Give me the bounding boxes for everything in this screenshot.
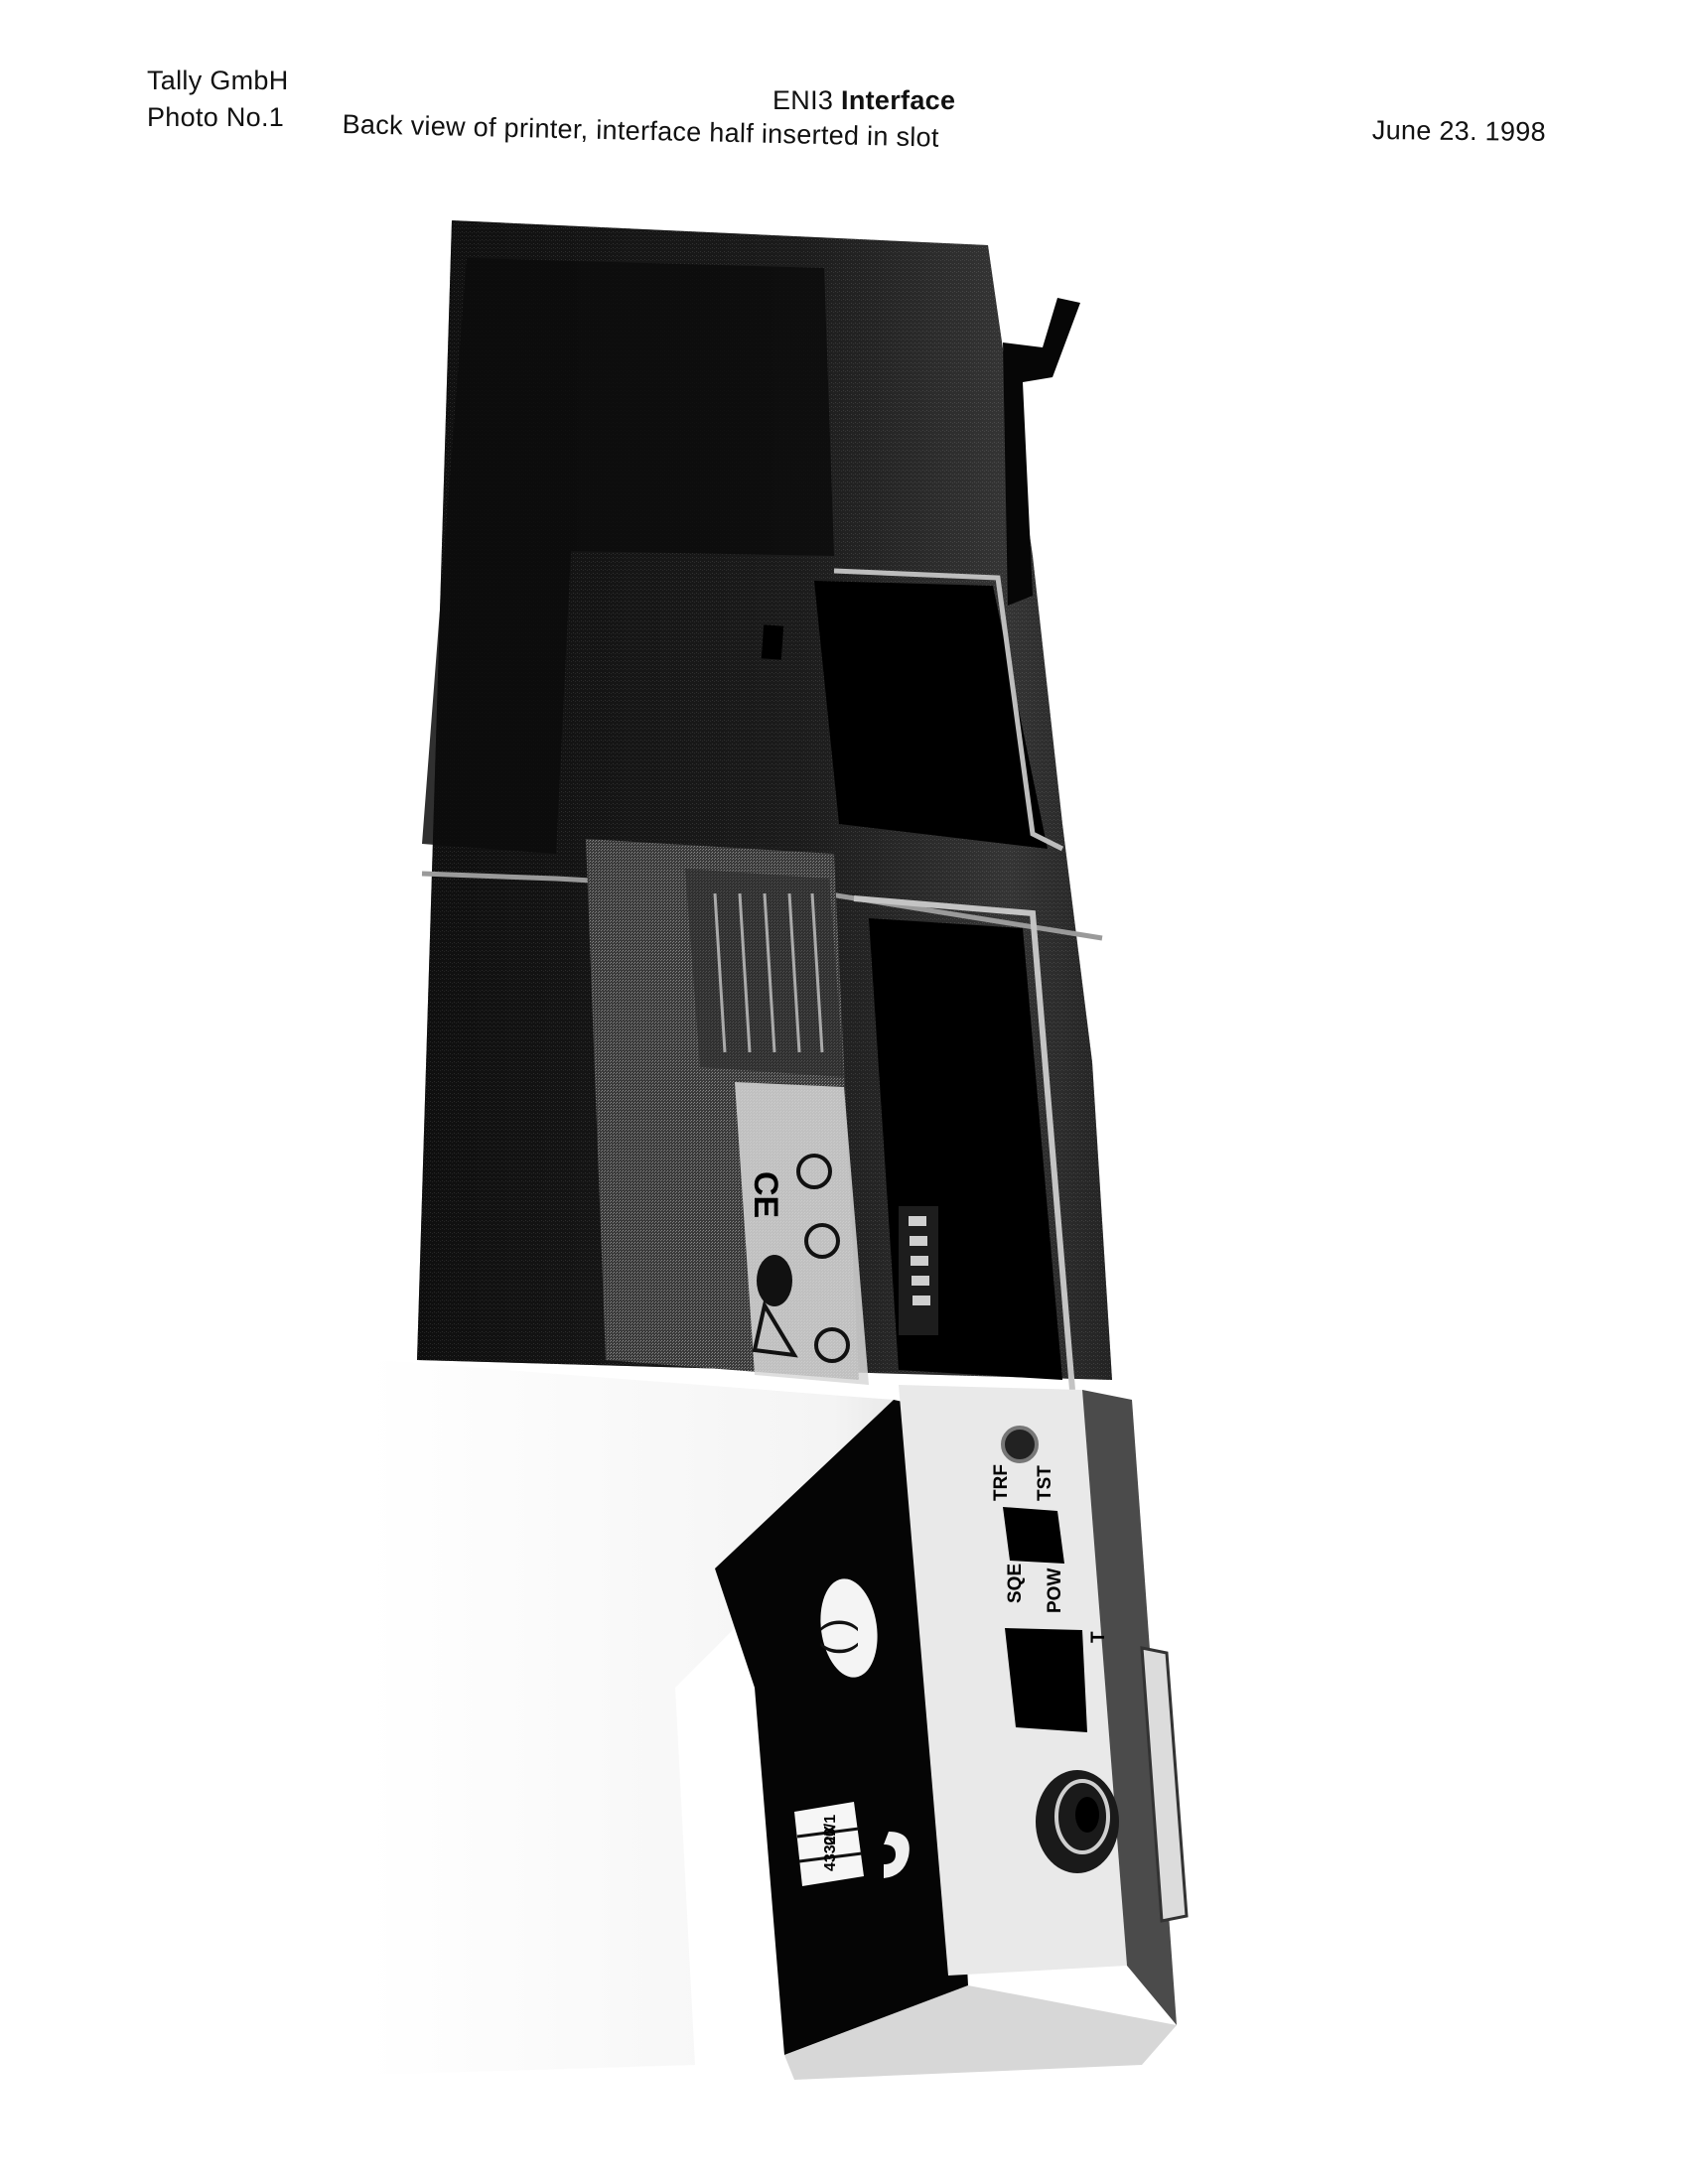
label-t: T — [1088, 1631, 1109, 1643]
led-window-lower — [1005, 1628, 1087, 1732]
regulatory-label: CE — [586, 839, 869, 1385]
trf-led-icon — [1003, 1428, 1037, 1461]
svg-text:( ): ( ) — [820, 1618, 864, 1656]
label-sqe: SQE — [1005, 1564, 1026, 1603]
label-pow: POW — [1045, 1569, 1065, 1613]
sticker-rev: 00/1 — [822, 1815, 839, 1845]
dip-switch — [899, 1206, 938, 1335]
label-trf: TRF — [991, 1464, 1012, 1501]
ce-mark: CE — [747, 1171, 784, 1218]
bnc-connector-icon — [1036, 1770, 1119, 1873]
led-window-upper — [1003, 1507, 1064, 1564]
label-tst: TST — [1035, 1465, 1055, 1501]
printer-photo: CE ( ) 4332X 00/1 — [0, 0, 1684, 2184]
